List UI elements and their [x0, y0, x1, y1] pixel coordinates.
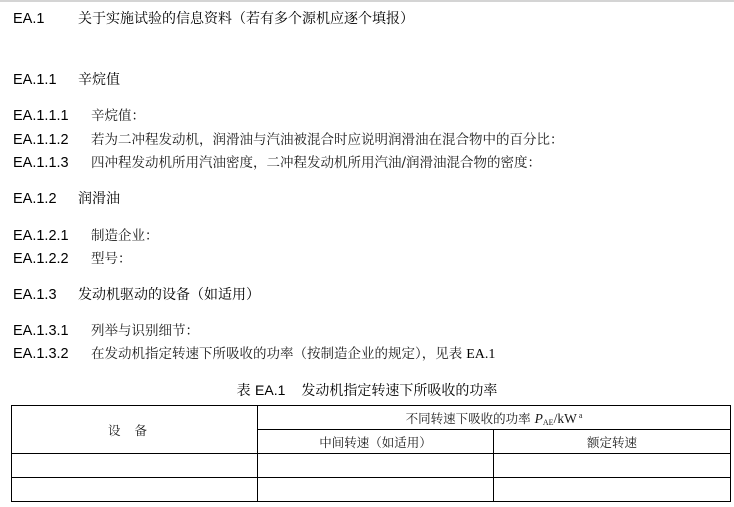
item-number: EA.1.1.2: [13, 131, 91, 149]
item-ea1-1-1: EA.1.1.1辛烷值：: [13, 107, 145, 125]
item-text: 列举与识别细节：: [91, 323, 199, 339]
item-text: 四冲程发动机所用汽油密度，二冲程发动机所用汽油/润滑油混合物的密度：: [91, 155, 541, 171]
subsection-heading-ea1-2: EA.1.2润滑油: [13, 190, 120, 208]
table-caption-number: EA.1: [255, 382, 285, 398]
table-caption-prefix: 表: [237, 383, 251, 399]
power-footnote-marker: a: [579, 411, 583, 420]
table-row: [12, 454, 731, 478]
item-number: EA.1.3.2: [13, 345, 91, 363]
section-note: （若有多个源机应逐个填报）: [232, 11, 414, 27]
subsection-number: EA.1.1: [13, 71, 78, 89]
cell-intermediate[interactable]: [258, 454, 494, 478]
item-text: 型号：: [91, 251, 132, 267]
cell-rated[interactable]: [494, 478, 731, 502]
table-reference: EA.1: [466, 347, 495, 362]
power-unit: /kW: [554, 411, 577, 426]
section-number: EA.1: [13, 10, 78, 28]
header-intermediate-speed: 中间转速（如适用）: [258, 430, 494, 454]
cell-intermediate[interactable]: [258, 478, 494, 502]
power-absorption-table: 设备 不同转速下吸收的功率 PAE/kWa 中间转速（如适用） 额定转速: [11, 405, 731, 502]
subsection-heading-ea1-3: EA.1.3发动机驱动的设备（如适用）: [13, 286, 260, 304]
table-caption: 表 EA.1发动机指定转速下所吸收的功率: [0, 381, 734, 400]
power-symbol: PAE/kWa: [535, 411, 583, 426]
subsection-title-note: （如适用）: [190, 287, 260, 303]
cell-device[interactable]: [12, 478, 258, 502]
subsection-title: 发动机驱动的设备: [78, 287, 190, 303]
subsection-heading-ea1-1: EA.1.1辛烷值: [13, 71, 120, 89]
subsection-number: EA.1.2: [13, 190, 78, 208]
header-rated-speed: 额定转速: [494, 430, 731, 454]
item-number: EA.1.3.1: [13, 322, 91, 340]
section-title: 关于实施试验的信息资料: [78, 11, 232, 27]
item-number: EA.1.1.1: [13, 107, 91, 125]
table-caption-title: 发动机指定转速下所吸收的功率: [301, 383, 497, 399]
item-ea1-3-1: EA.1.3.1列举与识别细节：: [13, 322, 199, 340]
header-power-label: 不同转速下吸收的功率: [406, 411, 531, 426]
item-text: 辛烷值：: [91, 108, 145, 124]
header-power-group: 不同转速下吸收的功率 PAE/kWa: [258, 406, 731, 430]
item-ea1-2-1: EA.1.2.1制造企业：: [13, 227, 159, 245]
item-text: 若为二冲程发动机，润滑油与汽油被混合时应说明润滑油在混合物中的百分比：: [91, 132, 564, 148]
subsection-title: 辛烷值: [78, 72, 120, 88]
table-header-row: 设备 不同转速下吸收的功率 PAE/kWa: [12, 406, 731, 430]
subsection-number: EA.1.3: [13, 286, 78, 304]
item-ea1-1-2: EA.1.1.2若为二冲程发动机，润滑油与汽油被混合时应说明润滑油在混合物中的百…: [13, 131, 564, 149]
table-row: [12, 478, 731, 502]
item-ea1-2-2: EA.1.2.2型号：: [13, 250, 132, 268]
item-number: EA.1.2.2: [13, 250, 91, 268]
header-device-label: 设备: [108, 423, 161, 438]
item-ea1-3-2: EA.1.3.2在发动机指定转速下所吸收的功率（按制造企业的规定），见表EA.1: [13, 345, 495, 363]
cell-device[interactable]: [12, 454, 258, 478]
item-text: 制造企业：: [91, 228, 159, 244]
page-top-edge: [0, 0, 734, 2]
power-subscript: AE: [543, 418, 554, 427]
cell-rated[interactable]: [494, 454, 731, 478]
subsection-title: 润滑油: [78, 191, 120, 207]
item-number: EA.1.2.1: [13, 227, 91, 245]
power-symbol-p: P: [535, 411, 543, 426]
item-ea1-1-3: EA.1.1.3四冲程发动机所用汽油密度，二冲程发动机所用汽油/润滑油混合物的密…: [13, 154, 541, 172]
item-number: EA.1.1.3: [13, 154, 91, 172]
header-device: 设备: [12, 406, 258, 454]
section-heading-ea1: EA.1关于实施试验的信息资料（若有多个源机应逐个填报）: [13, 10, 414, 28]
item-text: 在发动机指定转速下所吸收的功率（按制造企业的规定），见表: [91, 346, 462, 362]
